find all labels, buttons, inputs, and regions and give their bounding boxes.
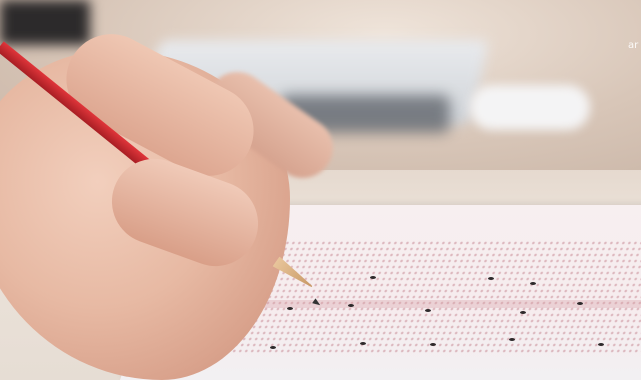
dark-object	[0, 0, 90, 45]
filled-bubble	[430, 343, 436, 346]
filled-bubble	[598, 343, 604, 346]
filled-bubble	[520, 311, 526, 314]
filled-bubble	[370, 276, 376, 279]
filled-bubble	[425, 309, 431, 312]
filled-bubble	[530, 282, 536, 285]
filled-bubble	[287, 307, 293, 310]
filled-bubble	[348, 304, 354, 307]
filled-bubble	[360, 342, 366, 345]
filled-bubble	[488, 277, 494, 280]
filled-bubble	[577, 302, 583, 305]
filled-bubble	[509, 338, 515, 341]
mouse-blurred	[470, 85, 590, 130]
filled-bubble	[270, 346, 276, 349]
photo-scene: ar	[0, 0, 641, 380]
watermark-text: ar	[628, 40, 638, 51]
